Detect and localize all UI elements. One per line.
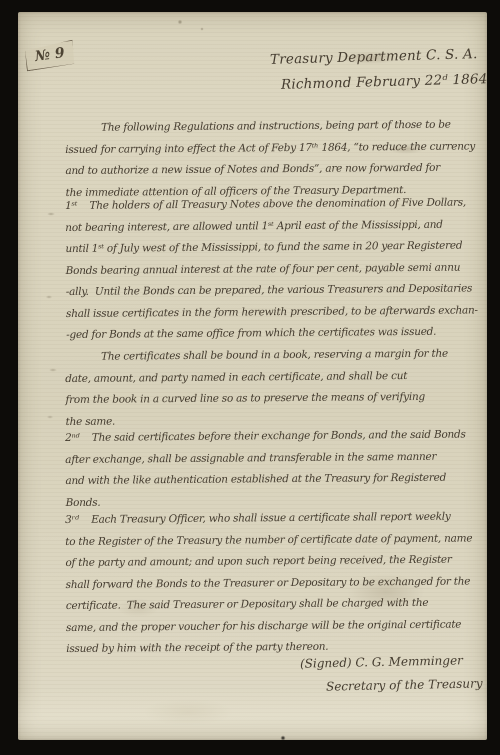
text-line: The following Regulations and instructio… [65, 114, 475, 139]
text-line: until 1ˢᵗ of July west of the Mississipp… [65, 235, 477, 260]
header-date-line: Richmond February 22ᵈ 1864 [281, 71, 488, 93]
document-paper: № 9 Treasury Department C. S. A. Richmon… [18, 12, 487, 740]
paragraph-certificates-book: The certificates shall be bound in a boo… [65, 344, 449, 433]
document-number-badge: № 9 [24, 40, 77, 72]
text-line: 1ˢᵗ The holders of all Treasury Notes ab… [65, 192, 477, 217]
text-line: 3ʳᵈ Each Treasury Officer, who shall iss… [65, 506, 472, 531]
paragraph-first-regulation: 1ˢᵗ The holders of all Treasury Notes ab… [65, 192, 478, 346]
text-line: same, and the proper voucher for his dis… [66, 614, 473, 639]
text-line: -ally. Until the Bonds can be prepared, … [66, 278, 478, 303]
text-line: of the party and amount; and upon such r… [65, 549, 472, 574]
text-line: and with the like authentication establi… [65, 468, 466, 493]
text-line: and to authorize a new issue of Notes an… [65, 157, 475, 182]
text-line: The certificates shall be bound in a boo… [65, 344, 448, 369]
scanned-document-view: № 9 Treasury Department C. S. A. Richmon… [0, 0, 500, 755]
text-line: -ged for Bonds at the same office from w… [66, 321, 478, 346]
signature-name: (Signed) C. G. Memminger [300, 653, 463, 670]
text-line: certificate. The said Treasurer or Depos… [66, 592, 473, 617]
text-line: 2ⁿᵈ The said certificates before their e… [65, 425, 466, 450]
paragraph-second-regulation: 2ⁿᵈ The said certificates before their e… [65, 425, 466, 514]
signature-title: Secretary of the Treasury [326, 676, 483, 693]
paragraph-preamble: The following Regulations and instructio… [65, 114, 476, 204]
paragraph-third-regulation: 3ʳᵈ Each Treasury Officer, who shall iss… [65, 506, 473, 660]
header-department-line: Treasury Department C. S. A. [270, 46, 478, 68]
margin-pencil-marks [46, 202, 60, 432]
text-line: from the book in a curved line so as to … [65, 387, 448, 412]
